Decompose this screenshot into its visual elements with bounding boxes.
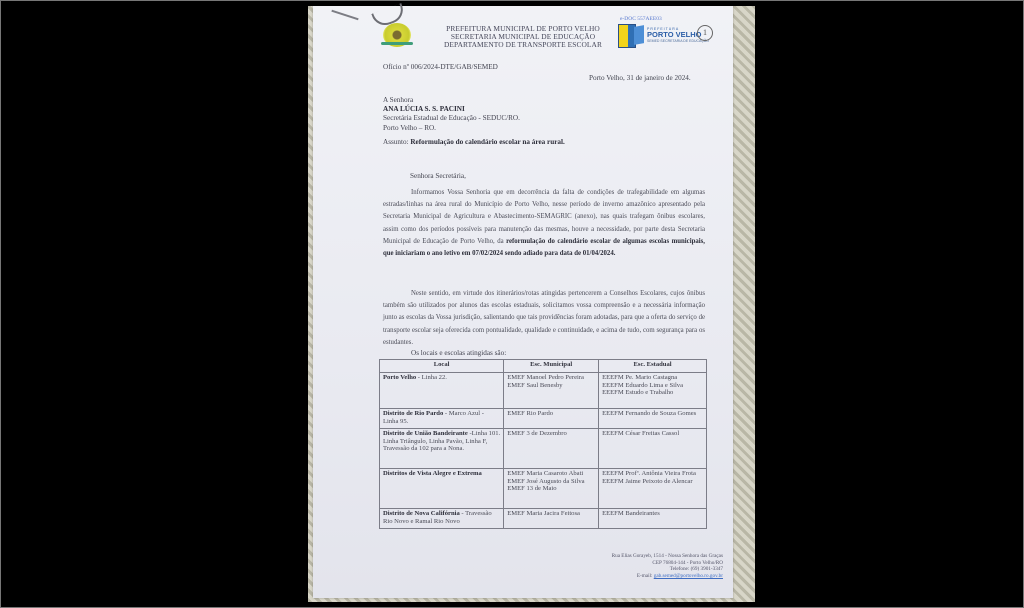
- recipient-office: Secretária Estadual de Educação - SEDUC/…: [383, 114, 520, 123]
- footer-email-link[interactable]: gab.semed@portovelho.ro.gov.br: [654, 573, 723, 579]
- local-detail: - Linha 22.: [416, 374, 447, 381]
- greeting: Senhora Secretária,: [410, 171, 466, 181]
- pen-mark: [331, 10, 358, 21]
- table-header-row: Local Esc. Municipal Esc. Estadual: [380, 360, 707, 373]
- column-header-municipal: Esc. Municipal: [504, 360, 599, 373]
- reference-number: Ofício nº 006/2024-DTE/GAB/SEMED: [383, 62, 498, 72]
- cell-municipal: EMEF Maria Jacira Feitosa: [504, 509, 599, 529]
- school-name: EEEFM Jaime Peixoto de Alencar: [602, 478, 703, 486]
- school-name: EEEFM Fernando de Souza Gomes: [602, 410, 703, 418]
- cell-estadual: EEEFM Fernando de Souza Gomes: [599, 409, 707, 429]
- seal-ribbon-icon: [381, 42, 413, 45]
- edoc-code: e-DOC 557AEE03: [620, 16, 662, 22]
- table-body: Porto Velho - Linha 22.EMEF Manoel Pedro…: [380, 373, 707, 529]
- column-header-local: Local: [380, 360, 504, 373]
- paragraph-1-text: Informamos Vossa Senhoria que em decorrê…: [383, 189, 705, 245]
- local-name: Distrito de Rio Pardo: [383, 410, 443, 417]
- subject-line: Assunto: Reformulação do calendário esco…: [383, 137, 565, 147]
- school-name: EMEF 3 de Dezembro: [507, 430, 595, 438]
- place-date: Porto Velho, 31 de janeiro de 2024.: [589, 73, 691, 83]
- document-page: PREFEITURA MUNICIPAL DE PORTO VELHO SECR…: [313, 6, 733, 598]
- cell-estadual: EEEFM César Freitas Cassol: [599, 429, 707, 469]
- table-row: Distrito de Rio Pardo - Marco Azul - Lin…: [380, 409, 707, 429]
- table-row: Distrito de Nova Califórnia - Travessão …: [380, 509, 707, 529]
- school-name: EEEFM Profª. Antônia Vieira Frota: [602, 470, 703, 478]
- logo-text: PREFEITURA PORTO VELHO: [647, 27, 701, 39]
- recipient-salutation: A Senhora: [383, 96, 520, 105]
- local-name: Distrito de Nova Califórnia: [383, 510, 460, 517]
- page-number-mark: 1: [697, 25, 713, 41]
- affected-schools-table: Local Esc. Municipal Esc. Estadual Porto…: [379, 359, 707, 529]
- school-name: EEEFM Pe. Mario Castagna: [602, 374, 703, 382]
- flag-icon: [634, 25, 644, 45]
- recipient-name: ANA LÚCIA S. S. PACINI: [383, 105, 520, 114]
- letterhead-line: DEPARTAMENTO DE TRANSPORTE ESCOLAR: [443, 41, 603, 49]
- cell-municipal: EMEF 3 de Dezembro: [504, 429, 599, 469]
- footer-street: Rua Elias Gorayeb, 1514 - Nossa Senhora …: [612, 553, 723, 560]
- subject-label: Assunto:: [383, 138, 409, 146]
- table-row: Porto Velho - Linha 22.EMEF Manoel Pedro…: [380, 373, 707, 409]
- footer-address: Rua Elias Gorayeb, 1514 - Nossa Senhora …: [612, 553, 723, 579]
- cell-municipal: EMEF Rio Pardo: [504, 409, 599, 429]
- footer-email-line: E-mail: gab.semed@portovelho.ro.gov.br: [612, 573, 723, 580]
- cell-local: Distritos de Vista Alegre e Extrema: [380, 469, 504, 509]
- footer-email-label: E-mail:: [637, 573, 653, 579]
- school-name: EEEFM Eduardo Lima e Silva: [602, 382, 703, 390]
- school-name: EMEF Maria Casaroto Abati: [507, 470, 595, 478]
- recipient-block: A Senhora ANA LÚCIA S. S. PACINI Secretá…: [383, 96, 520, 133]
- cell-estadual: EEEFM Profª. Antônia Vieira FrotaEEEFM J…: [599, 469, 707, 509]
- cell-municipal: EMEF Manoel Pedro PereiraEMEF Saul Benes…: [504, 373, 599, 409]
- cell-municipal: EMEF Maria Casaroto AbatiEMEF José Augus…: [504, 469, 599, 509]
- school-name: EEEFM Bandeirantes: [602, 510, 703, 518]
- cell-estadual: EEEFM Pe. Mario CastagnaEEEFM Eduardo Li…: [599, 373, 707, 409]
- cell-estadual: EEEFM Bandeirantes: [599, 509, 707, 529]
- school-name: EMEF Manoel Pedro Pereira: [507, 374, 595, 382]
- letterhead: PREFEITURA MUNICIPAL DE PORTO VELHO SECR…: [443, 25, 603, 50]
- cell-local: Distrito de União Bandeirante -Linha 101…: [380, 429, 504, 469]
- local-name: Porto Velho: [383, 374, 416, 381]
- cell-local: Porto Velho - Linha 22.: [380, 373, 504, 409]
- footer-phone: Telefone: (69) 3901-3347: [612, 566, 723, 573]
- cell-local: Distrito de Rio Pardo - Marco Azul - Lin…: [380, 409, 504, 429]
- table-row: Distritos de Vista Alegre e ExtremaEMEF …: [380, 469, 707, 509]
- local-name: Distritos de Vista Alegre e Extrema: [383, 470, 482, 477]
- local-name: Distrito de União Bandeirante: [383, 430, 468, 437]
- table-row: Distrito de União Bandeirante -Linha 101…: [380, 429, 707, 469]
- school-name: EMEF Maria Jacira Feitosa: [507, 510, 595, 518]
- cell-local: Distrito de Nova Califórnia - Travessão …: [380, 509, 504, 529]
- table-intro: Os locais e escolas atingidas são:: [411, 348, 506, 358]
- subject-text: Reformulação do calendário escolar na ár…: [410, 138, 564, 146]
- paragraph-1: Informamos Vossa Senhoria que em decorrê…: [383, 187, 705, 260]
- recipient-city: Porto Velho – RO.: [383, 124, 520, 133]
- school-name: EMEF Rio Pardo: [507, 410, 595, 418]
- school-name: EEEFM César Freitas Cassol: [602, 430, 703, 438]
- school-name: EMEF José Augusto da Silva: [507, 478, 595, 486]
- school-name: EMEF Saul Benesby: [507, 382, 595, 390]
- school-name: EMEF 13 de Maio: [507, 485, 595, 493]
- logo-main: PORTO VELHO: [647, 31, 701, 39]
- paragraph-2-text: Neste sentido, em virtude dos itinerário…: [383, 290, 705, 346]
- school-name: EEEFM Estudo e Trabalho: [602, 389, 703, 397]
- paragraph-2: Neste sentido, em virtude dos itinerário…: [383, 288, 705, 349]
- column-header-estadual: Esc. Estadual: [599, 360, 707, 373]
